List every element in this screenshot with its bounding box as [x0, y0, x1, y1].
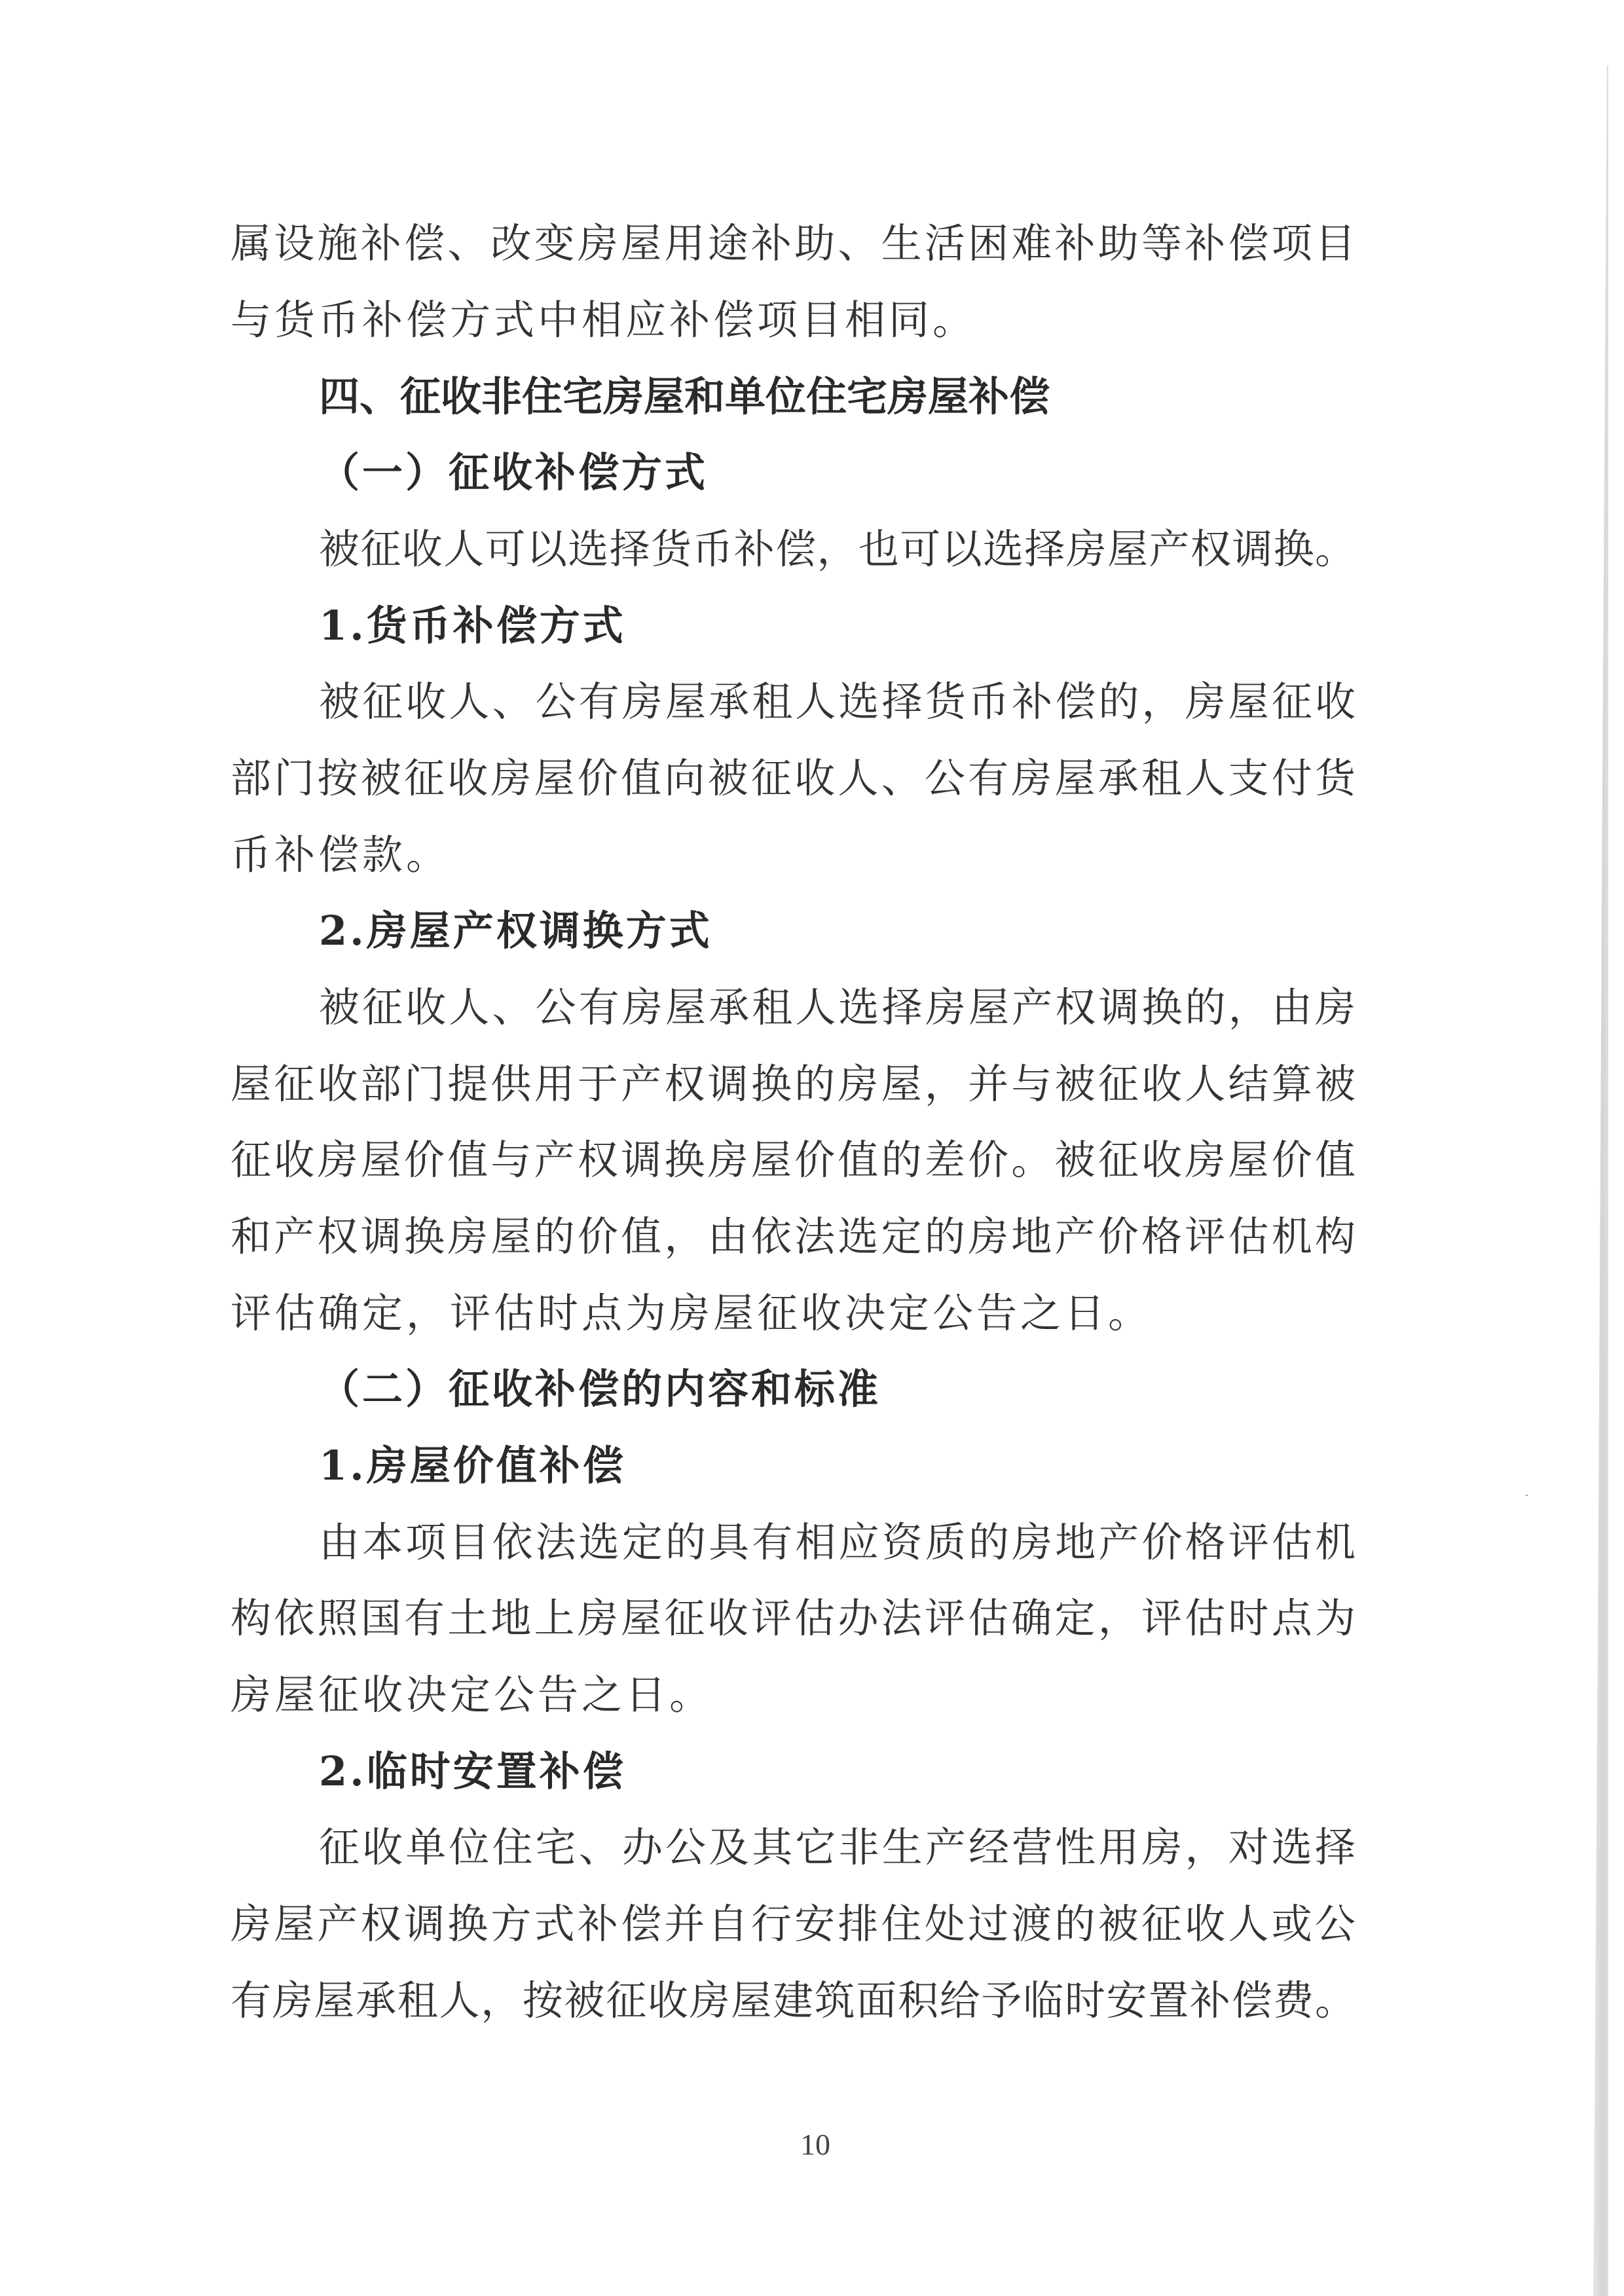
body-line: 屋征收部门提供用于产权调换的房屋，并与被征收人结算被	[231, 1058, 1356, 1110]
subsection-heading: （一）征收补偿方式	[319, 446, 708, 499]
body-line: 征收房屋价值与产权调换房屋价值的差价。被征收房屋价值	[231, 1134, 1356, 1186]
item-heading: 1.货币补偿方式	[319, 600, 626, 652]
body-line: 有房屋承租人，按被征收房屋建筑面积给予临时安置补偿费。	[231, 1975, 1356, 2027]
body-line: 评估确定，评估时点为房屋征收决定公告之日。	[231, 1287, 1152, 1339]
body-line: 房屋征收决定公告之日。	[231, 1669, 713, 1721]
body-line: 房屋产权调换方式补偿并自行安排住处过渡的被征收人或公	[231, 1898, 1356, 1950]
subsection-heading: （二）征收补偿的内容和标准	[319, 1363, 881, 1415]
body-line: 构依照国有土地上房屋征收评估办法评估确定，评估时点为	[231, 1592, 1356, 1645]
body-line: 属设施补偿、改变房屋用途补助、生活困难补助等补偿项目	[231, 217, 1356, 270]
body-line: 由本项目依法选定的具有相应资质的房地产价格评估机	[319, 1516, 1356, 1569]
scan-speck	[1526, 1495, 1528, 1496]
body-line: 征收单位住宅、办公及其它非生产经营性用房，对选择	[319, 1821, 1356, 1874]
body-line: 被征收人、公有房屋承租人选择房屋产权调换的，由房	[319, 981, 1356, 1034]
document-page: 属设施补偿、改变房屋用途补助、生活困难补助等补偿项目 与货币补偿方式中相应补偿项…	[0, 0, 1624, 2296]
item-heading: 2.临时安置补偿	[319, 1745, 626, 1798]
body-line: 被征收人、公有房屋承租人选择货币补偿的，房屋征收	[319, 676, 1356, 728]
item-heading: 1.房屋价值补偿	[319, 1440, 626, 1492]
section-heading: 四、征收非住宅房屋和单位住宅房屋补偿	[319, 371, 1050, 423]
body-line: 部门按被征收房屋价值向被征收人、公有房屋承租人支付货	[231, 752, 1356, 805]
body-line: 币补偿款。	[231, 829, 450, 881]
page-number: 10	[786, 2126, 845, 2163]
body-line: 和产权调换房屋的价值，由依法选定的房地产价格评估机构	[231, 1211, 1356, 1263]
body-line: 与货币补偿方式中相应补偿项目相同。	[231, 294, 976, 346]
item-heading: 2.房屋产权调换方式	[319, 905, 712, 957]
body-line: 被征收人可以选择货币补偿，也可以选择房屋产权调换。	[319, 523, 1356, 575]
